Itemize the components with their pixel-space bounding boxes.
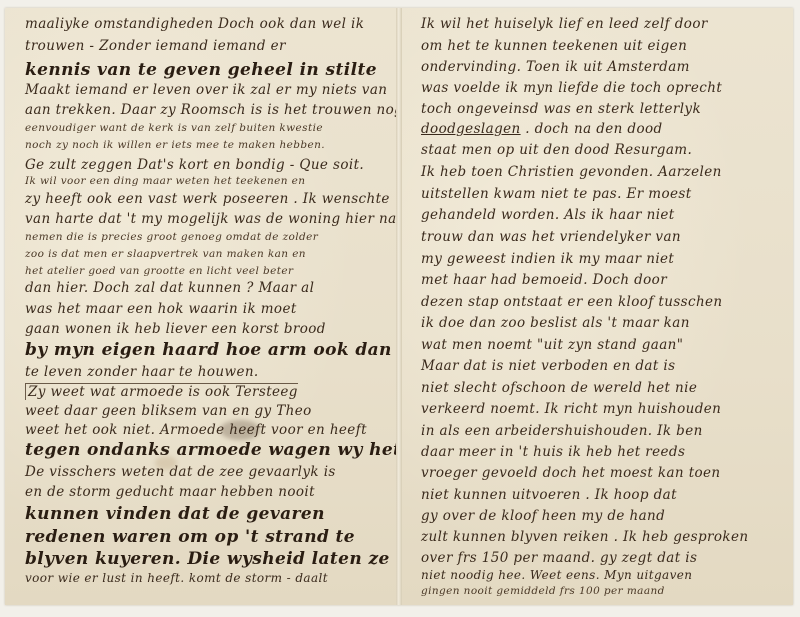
- letter-line: Maar dat is niet verboden en dat is: [421, 358, 675, 374]
- letter-line: wat men noemt "uit zyn stand gaan": [421, 337, 683, 353]
- letter-line: kunnen vinden dat de gevaren: [25, 504, 325, 524]
- letter-line: was voelde ik myn liefde die toch oprech…: [421, 80, 722, 96]
- letter-line: kennis van te geven geheel in stilte: [25, 60, 377, 80]
- letter-line: ik doe dan zoo beslist als 't maar kan: [421, 315, 690, 331]
- letter-line: toch ongeveinsd was en sterk letterlyk: [421, 101, 701, 117]
- letter-line: nemen die is precies groot genoeg omdat …: [25, 231, 318, 243]
- letter-line: in als een arbeidershuishouden. Ik ben: [421, 423, 703, 439]
- letter-line: zult kunnen blyven reiken . Ik heb gespr…: [421, 529, 748, 545]
- line-text: . doch na den dood: [521, 121, 663, 137]
- letter-line: het atelier goed van grootte en licht ve…: [25, 265, 293, 277]
- letter-line: Ik heb toen Christien gevonden. Aarzelen: [421, 164, 722, 180]
- letter-line: over frs 150 per maand. gy zegt dat is: [421, 550, 697, 566]
- letter-line: voor wie er lust in heeft. komt de storm…: [25, 571, 328, 585]
- page-fold: [396, 8, 402, 605]
- letter-line: Ge zult zeggen Dat's kort en bondig - Qu…: [25, 157, 364, 173]
- letter-line: gy over de kloof heen my de hand: [421, 508, 665, 524]
- letter-line: trouw dan was het vriendelyker van: [421, 229, 681, 245]
- letter-line: te leven zonder haar te houwen.: [25, 364, 259, 380]
- letter-line: trouwen - Zonder iemand iemand er: [25, 38, 286, 54]
- letter-line: maaliyke omstandigheden Doch ook dan wel…: [25, 16, 364, 32]
- underlined-word: doodgeslagen: [421, 121, 521, 137]
- letter-line: van harte dat 't my mogelijk was de woni…: [25, 211, 397, 227]
- letter-line: doodgeslagen . doch na den dood: [421, 121, 663, 137]
- letter-line: dezen stap ontstaat er een kloof tussche…: [421, 294, 723, 310]
- letter-line: De visschers weten dat de zee gevaarlyk …: [25, 464, 336, 480]
- letter-line: niet noodig hee. Weet eens. Myn uitgaven: [421, 568, 692, 582]
- letter-line: by myn eigen haard hoe arm ook dan: [25, 340, 392, 360]
- letter-line: Ik wil het huiselyk lief en leed zelf do…: [421, 16, 708, 32]
- letter-scan: maaliyke omstandigheden Doch ook dan wel…: [5, 8, 793, 605]
- letter-line-bracketed: Zy weet wat armoede is ook Tersteeg: [25, 383, 298, 400]
- letter-line: gingen nooit gemiddeld frs 100 per maand: [421, 585, 665, 597]
- letter-line: uitstellen kwam niet te pas. Er moest: [421, 186, 692, 202]
- letter-line: met haar had bemoeid. Doch door: [421, 272, 667, 288]
- letter-line: my geweest indien ik my maar niet: [421, 251, 674, 267]
- letter-line: Maakt iemand er leven over ik zal er my …: [25, 82, 387, 98]
- letter-line: zy heeft ook een vast werk poseeren . Ik…: [25, 191, 390, 207]
- letter-line: dan hier. Doch zal dat kunnen ? Maar al: [25, 280, 314, 296]
- letter-line: gaan wonen ik heb liever een korst brood: [25, 321, 326, 337]
- letter-line: niet kunnen uitvoeren . Ik hoop dat: [421, 487, 677, 503]
- letter-line: zoo is dat men er slaapvertrek van maken…: [25, 248, 306, 260]
- letter-line: staat men op uit den dood Resurgam.: [421, 142, 692, 158]
- letter-line: blyven kuyeren. Die wysheid laten ze ove…: [25, 549, 397, 569]
- right-page: Ik wil het huiselyk lief en leed zelf do…: [401, 8, 793, 605]
- letter-line: verkeerd noemt. Ik richt myn huishouden: [421, 401, 721, 417]
- line-text: trouwen - Zonder iemand iemand er: [25, 38, 286, 54]
- letter-line: om het te kunnen teekenen uit eigen: [421, 38, 687, 54]
- letter-line: niet slecht ofschoon de wereld het nie: [421, 380, 697, 396]
- letter-line: tegen ondanks armoede wagen wy het: [25, 440, 397, 460]
- left-page: maaliyke omstandigheden Doch ook dan wel…: [5, 8, 397, 605]
- letter-line: daar meer in 't huis ik heb het reeds: [421, 444, 685, 460]
- letter-line: weet het ook niet. Armoede heeft voor en…: [25, 422, 367, 438]
- letter-line: ondervinding. Toen ik uit Amsterdam: [421, 59, 690, 75]
- letter-line: was het maar een hok waarin ik moet: [25, 301, 297, 317]
- letter-line: aan trekken. Daar zy Roomsch is is het t…: [25, 102, 397, 118]
- letter-line: noch zy noch ik willen er iets mee te ma…: [25, 139, 325, 151]
- letter-line: redenen waren om op 't strand te: [25, 527, 355, 547]
- letter-line: Ik wil voor een ding maar weten het teek…: [25, 175, 305, 187]
- letter-line: gehandeld worden. Als ik haar niet: [421, 207, 675, 223]
- letter-line: weet daar geen bliksem van en gy Theo: [25, 403, 312, 419]
- letter-line: eenvoudiger want de kerk is van zelf bui…: [25, 122, 323, 134]
- letter-line: vroeger gevoeld doch het moest kan toen: [421, 465, 721, 481]
- letter-line: en de storm geducht maar hebben nooit: [25, 484, 315, 500]
